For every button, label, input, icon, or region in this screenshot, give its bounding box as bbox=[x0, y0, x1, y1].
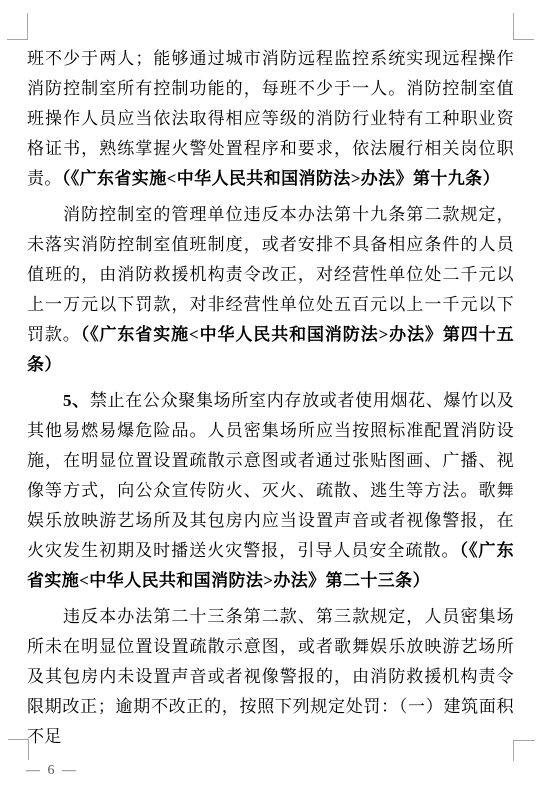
body-text: 班不少于两人；能够通过城市消防远程监控系统实现远程操作消防控制室所有控制功能的，… bbox=[27, 49, 514, 188]
margin-crop-mark-bottom-right bbox=[513, 740, 535, 761]
citation-text: （《广东省实施<中华人民共和国消防法>办法》第十九条） bbox=[62, 169, 500, 188]
paragraph: 违反本办法第二十三条第二款、第三款规定，人员密集场所未在明显位置设置疏散示意图，… bbox=[27, 602, 514, 752]
margin-crop-mark-top-right bbox=[513, 13, 534, 40]
document-body: 班不少于两人；能够通过城市消防远程监控系统实现远程操作消防控制室所有控制功能的，… bbox=[27, 44, 514, 758]
body-text: 消防控制室的管理单位违反本办法第十九条第二款规定，未落实消防控制室值班制度，或者… bbox=[27, 205, 514, 344]
body-text: 违反本办法第二十三条第二款、第三款规定，人员密集场所未在明显位置设置疏散示意图，… bbox=[27, 607, 514, 746]
body-text: 禁止在公众聚集场所室内存放或者使用烟花、爆竹以及其他易燃易爆危险品。人员密集场所… bbox=[27, 391, 514, 560]
citation-text: （《广东省实施<中华人民共和国消防法>办法》第四十五条） bbox=[27, 325, 514, 374]
paragraph: 班不少于两人；能够通过城市消防远程监控系统实现远程操作消防控制室所有控制功能的，… bbox=[27, 44, 514, 194]
citation-text: 5、 bbox=[63, 391, 90, 410]
document-page: 班不少于两人；能够通过城市消防远程监控系统实现远程操作消防控制室所有控制功能的，… bbox=[0, 0, 559, 790]
margin-crop-mark-bottom-left bbox=[8, 739, 29, 760]
paragraph: 5、禁止在公众聚集场所室内存放或者使用烟花、爆竹以及其他易燃易爆危险品。人员密集… bbox=[27, 386, 514, 596]
page-number: — 6 — bbox=[26, 762, 78, 780]
paragraph: 消防控制室的管理单位违反本办法第十九条第二款规定，未落实消防控制室值班制度，或者… bbox=[27, 200, 514, 380]
margin-crop-mark-top-left bbox=[7, 13, 28, 40]
